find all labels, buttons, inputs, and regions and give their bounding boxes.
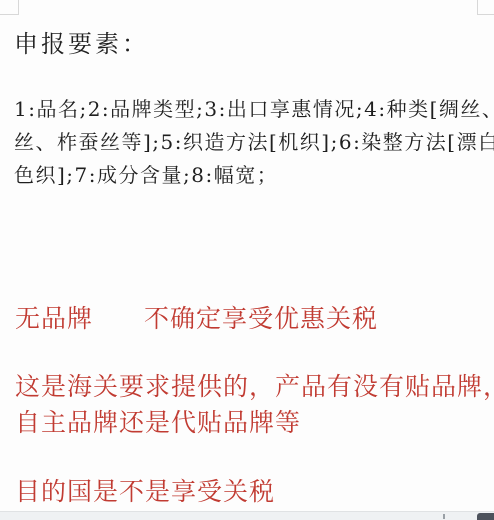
- page-heading: 申报要素：: [14, 24, 149, 59]
- no-brand-text: 无品牌: [15, 304, 93, 333]
- margin-cropmark-topleft-vertical: [18, 0, 19, 14]
- margin-cropmark-topleft-horizontal: [0, 14, 19, 15]
- customs-requirement-note: 这是海关要求提供的，产品有没有贴品牌， 自主品牌还是代贴品牌等: [15, 369, 494, 441]
- note-line: 自主品牌还是代贴品牌等: [15, 405, 494, 441]
- paragraph-line: 色织];7:成分含量;8:幅宽；: [14, 159, 488, 192]
- document-page: 申报要素： 1:品名;2:品牌类型;3:出口享惠情况;4:种类[绸丝、桑蚕丝、绢…: [0, 0, 494, 520]
- tariff-uncertain-text: 不确定享受优惠关税: [144, 304, 378, 333]
- brand-annotation-line: 无品牌不确定享受优惠关税: [15, 299, 378, 335]
- cursor-tick-mark: [443, 514, 445, 519]
- taskbar-item-sliver[interactable]: [477, 513, 494, 520]
- paragraph-line: 丝、柞蚕丝等];5:织造方法[机织];6:染整方法[漂白、未漂白、: [14, 126, 488, 159]
- note-line: 这是海关要求提供的，产品有没有贴品牌，: [15, 369, 494, 405]
- bottom-edge-strip: [0, 511, 494, 520]
- destination-tariff-note: 目的国是不是享受关税: [15, 472, 275, 508]
- declaration-elements-paragraph: 1:品名;2:品牌类型;3:出口享惠情况;4:种类[绸丝、桑蚕丝、绢 丝、柞蚕丝…: [14, 93, 488, 192]
- paragraph-line: 1:品名;2:品牌类型;3:出口享惠情况;4:种类[绸丝、桑蚕丝、绢: [14, 93, 488, 126]
- margin-cropmark-topright-horizontal: [477, 14, 494, 15]
- margin-cropmark-topright-vertical: [477, 0, 478, 14]
